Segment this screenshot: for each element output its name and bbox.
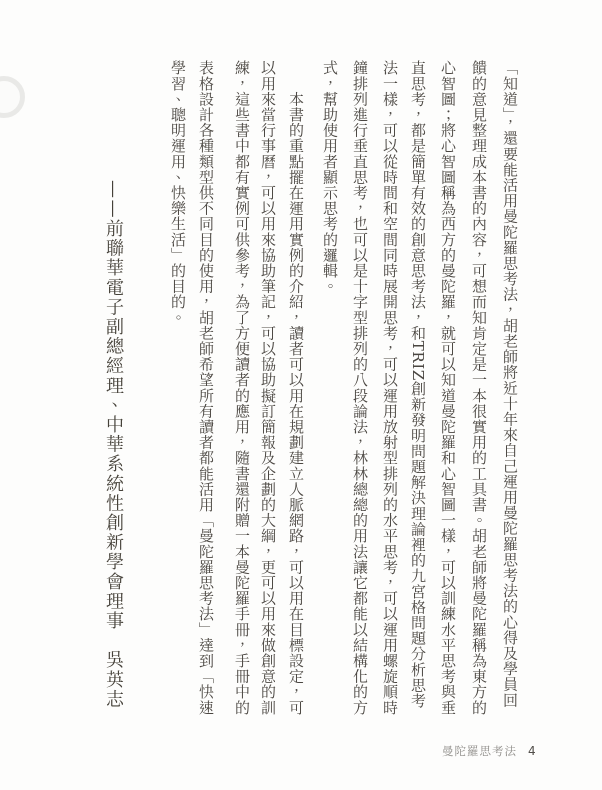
text-column: 表格設計各種類型供不同目的使用，胡老師希望所有讀者都能活用「曼陀羅思考法」達到「… xyxy=(198,60,213,740)
text-column: 直思考，都是簡單有效的創意思考法，和TRIZ創新發明問題解決理論裡的九宮格問題分… xyxy=(410,60,425,740)
text-column: 本書的重點擺在運用實例的介紹，讀者可以用在規劃建立人脈網路，可以用在目標設定，可 xyxy=(288,60,303,740)
text-column: 心智圖；將心智圖稱為西方的曼陀羅，就可以知道曼陀羅和心智圖一樣，可以訓練水平思考… xyxy=(440,60,455,740)
text-column: 學習、聰明運用、快樂生活」的目的。 xyxy=(170,60,185,740)
text-column: 鐘排列進行垂直思考，也可以是十字型排列的八段論法，林林總總的用法讓它都能以結構化… xyxy=(352,60,367,740)
text-column: 練，這些書中都有實例可供參考，為了方便讀者的應用，隨書還附贈一本曼陀羅手冊，手冊… xyxy=(234,60,249,740)
text-column: 饋的意見整理成本書的內容，可想而知肯定是一本很實用的工具書。胡老師將曼陀羅稱為東… xyxy=(471,60,486,740)
text-column: 「知道」，還要能活用曼陀羅思考法，胡老師將近十年來自己運用曼陀羅思考法的心得及學… xyxy=(502,60,517,740)
attribution-line: ——前聯華電子副總經理、中華系統性創新學會理事 吳英志 xyxy=(104,180,122,760)
binder-hole-artifact xyxy=(0,76,25,118)
text-column: 以用來當行事曆，可以用來協助筆記，可以協助擬訂簡報及企劃的大綱，更可以用來做創意… xyxy=(260,60,275,740)
book-page: 「知道」，還要能活用曼陀羅思考法，胡老師將近十年來自己運用曼陀羅思考法的心得及學… xyxy=(0,0,602,790)
running-title: 曼陀羅思考法 xyxy=(442,744,517,758)
page-footer: 曼陀羅思考法4 xyxy=(442,743,536,759)
text-column: 法一樣，可以從時間和空間同時展開思考，可以運用放射型排列的水平思考，可以運用螺旋… xyxy=(382,60,397,740)
text-column: 式，幫助使用者顯示思考的邏輯。 xyxy=(322,60,337,740)
page-number: 4 xyxy=(528,744,536,758)
